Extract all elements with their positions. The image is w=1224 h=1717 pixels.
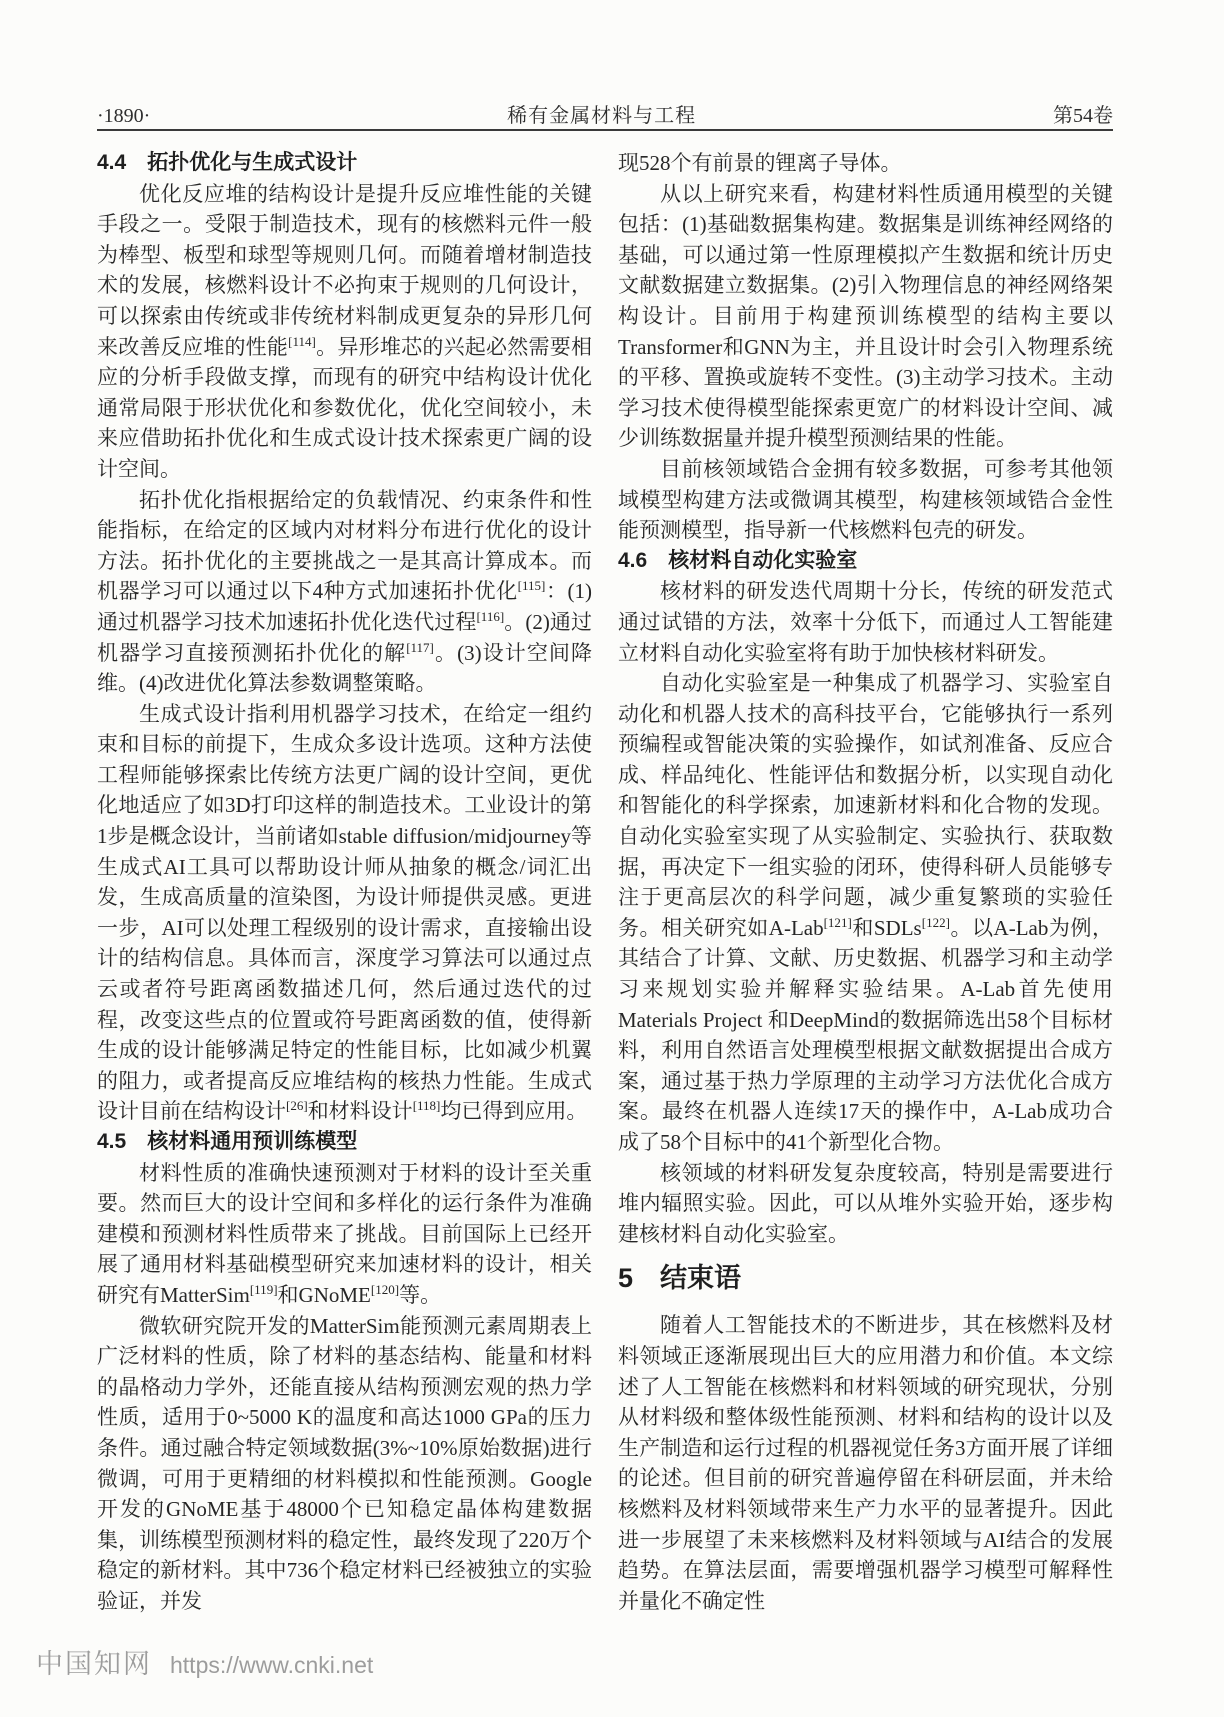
page-number: ·1890· bbox=[97, 105, 150, 128]
paragraph: 目前核领域锆合金拥有较多数据，可参考其他领域模型构建方法或微调其模型，构建核领域… bbox=[618, 454, 1113, 546]
citation-ref: [119] bbox=[250, 1282, 278, 1297]
cnki-url: https://www.cnki.net bbox=[170, 1652, 373, 1679]
citation-ref: [122] bbox=[922, 915, 950, 930]
paragraph: 现528个有前景的锂离子导体。 bbox=[618, 148, 1113, 179]
paragraph: 核材料的研发迭代周期十分长，传统的研发范式通过试错的方法，效率十分低下，而通过人… bbox=[618, 576, 1113, 668]
paragraph: 随着人工智能技术的不断进步，其在核燃料及材料领域正逐渐展现出巨大的应用潜力和价值… bbox=[618, 1310, 1113, 1616]
paragraph: 自动化实验室是一种集成了机器学习、实验室自动化和机器人技术的高科技平台，它能够执… bbox=[618, 668, 1113, 1158]
cnki-watermark: 中国知网 https://www.cnki.net bbox=[36, 1642, 373, 1681]
paragraph: 拓扑优化指根据给定的负载情况、约束条件和性能指标，在给定的区域内对材料分布进行优… bbox=[97, 485, 592, 699]
citation-ref: [116] bbox=[476, 609, 504, 624]
section-heading: 4.5 核材料通用预训练模型 bbox=[97, 1127, 592, 1158]
section-heading: 4.6 核材料自动化实验室 bbox=[618, 546, 1113, 577]
citation-ref: [26] bbox=[286, 1098, 308, 1113]
journal-title: 稀有金属材料与工程 bbox=[507, 99, 696, 128]
paragraph: 生成式设计指利用机器学习技术，在给定一组约束和目标的前提下，生成众多设计选项。这… bbox=[97, 699, 592, 1127]
paragraph: 核领域的材料研发复杂度较高，特别是需要进行堆内辐照实验。因此，可以从堆外实验开始… bbox=[618, 1158, 1113, 1250]
citation-ref: [114] bbox=[288, 334, 316, 349]
citation-ref: [115] bbox=[518, 578, 546, 593]
citation-ref: [120] bbox=[371, 1282, 399, 1297]
paragraph: 材料性质的准确快速预测对于材料的设计至关重要。然而巨大的设计空间和多样化的运行条… bbox=[97, 1158, 592, 1311]
paragraph: 优化反应堆的结构设计是提升反应堆性能的关键手段之一。受限于制造技术，现有的核燃料… bbox=[97, 179, 592, 485]
paragraph: 从以上研究来看，构建材料性质通用模型的关键包括：(1)基础数据集构建。数据集是训… bbox=[618, 179, 1113, 454]
section-heading: 5 结束语 bbox=[618, 1262, 1113, 1294]
right-column: 现528个有前景的锂离子导体。从以上研究来看，构建材料性质通用模型的关键包括：(… bbox=[618, 148, 1113, 1617]
article-body: 4.4 拓扑优化与生成式设计优化反应堆的结构设计是提升反应堆性能的关键手段之一。… bbox=[97, 148, 1113, 1617]
left-column: 4.4 拓扑优化与生成式设计优化反应堆的结构设计是提升反应堆性能的关键手段之一。… bbox=[97, 148, 592, 1617]
header-rule bbox=[97, 129, 1113, 131]
running-header: ·1890· 稀有金属材料与工程 第54卷 bbox=[97, 99, 1113, 128]
citation-ref: [121] bbox=[824, 915, 852, 930]
cnki-brand: 中国知网 bbox=[36, 1642, 152, 1681]
paragraph: 微软研究院开发的MatterSim能预测元素周期表上广泛材料的性质，除了材料的基… bbox=[97, 1311, 592, 1617]
volume-label: 第54卷 bbox=[1053, 99, 1113, 128]
citation-ref: [118] bbox=[413, 1098, 441, 1113]
section-heading: 4.4 拓扑优化与生成式设计 bbox=[97, 148, 592, 179]
citation-ref: [117] bbox=[406, 640, 434, 655]
document-page: ·1890· 稀有金属材料与工程 第54卷 4.4 拓扑优化与生成式设计优化反应… bbox=[0, 0, 1224, 1717]
